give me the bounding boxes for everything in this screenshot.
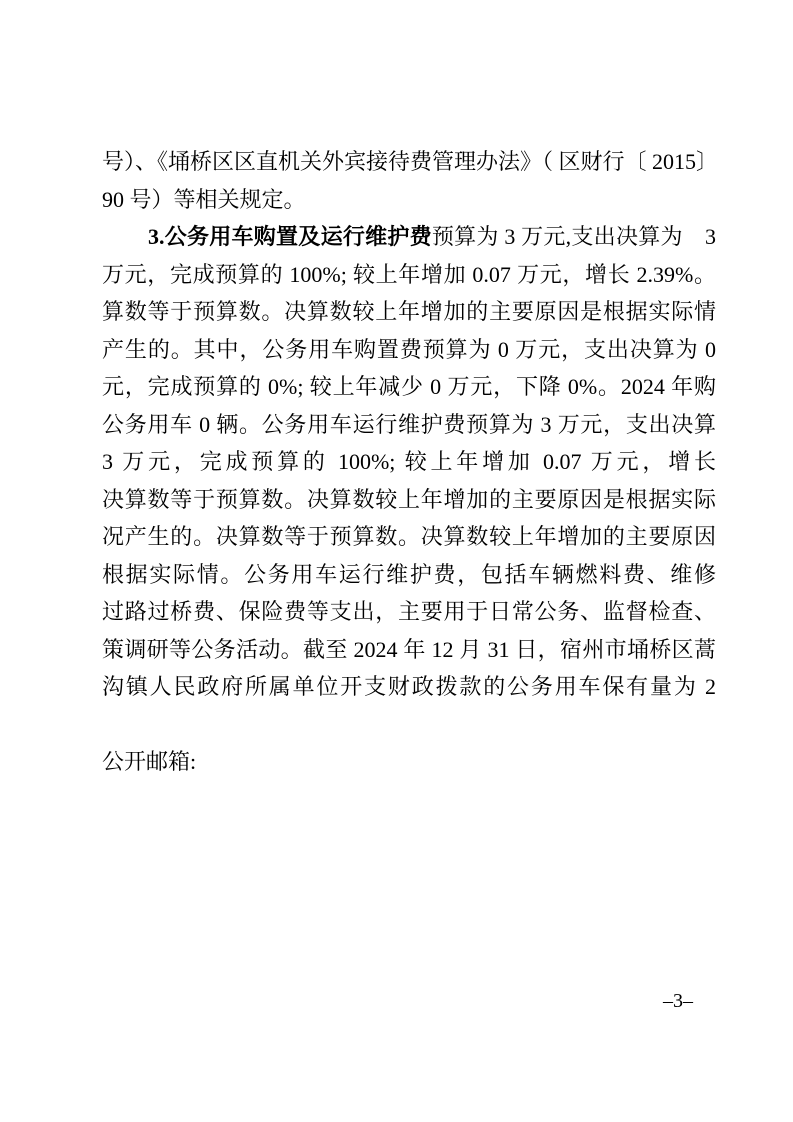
line-body-7: 元，完成预算的 0%; 较上年减少 0 万元，下降 0%。2024 年购置 (102, 368, 716, 406)
line-body-12: 根据实际情。公务用车运行维护费，包括车辆燃料费、维修费、 (102, 556, 716, 594)
line-body-9: 3 万元，完成预算的 100%; 较上年增加 0.07 万元，增长 2.39%。 (102, 443, 716, 481)
line-body-13: 过路过桥费、保险费等支出，主要用于日常公务、监督检查、政 (102, 593, 716, 631)
line-body-5: 算数等于预算数。决算数较上年增加的主要原因是根据实际情况 (102, 293, 716, 331)
text-segment: 号）、《埇桥区区直机关外宾接待费管理办法》（ 区财行〔 2015〕 (102, 149, 716, 174)
line-body-4: 万元，完成预算的 100%; 较上年增加 0.07 万元，增长 2.39%。决 (102, 256, 716, 294)
text-segment: 过路过桥费、保险费等支出，主要用于日常公务、监督检查、政 (102, 599, 716, 631)
document-body: 号）、《埇桥区区直机关外宾接待费管理办法》（ 区财行〔 2015〕90 号）等相… (102, 143, 716, 781)
text-segment: 决算数等于预算数。决算数较上年增加的主要原因是根据实际情 (102, 487, 716, 519)
line-public-email: 公开邮箱: (102, 743, 716, 781)
text-segment: 策调研等公务活动。截至 2024 年 12 月 31 日，宿州市埇桥区蒿 (102, 637, 716, 662)
text-segment: 万元，完成预算的 100%; 较上年增加 0.07 万元，增长 2.39%。决 (102, 262, 716, 294)
line-section3-heading: 3.公务用车购置及运行维护费预算为 3 万元,支出决算为 3 (102, 218, 716, 256)
text-segment: 沟镇人民政府所属单位开支财政拨款的公务用车保有量为 2 辆。 (102, 674, 716, 706)
document-page: 号）、《埇桥区区直机关外宾接待费管理办法》（ 区财行〔 2015〕90 号）等相… (0, 0, 793, 1122)
page-number: –3– (655, 989, 701, 1013)
line-regulation-ref-1: 号）、《埇桥区区直机关外宾接待费管理办法》（ 区财行〔 2015〕 (102, 143, 716, 181)
text-segment: 3 万元，完成预算的 100%; 较上年增加 0.07 万元，增长 2.39%。 (102, 449, 716, 481)
text-segment: 根据实际情。公务用车运行维护费，包括车辆燃料费、维修费、 (102, 562, 716, 594)
text-segment: 算数等于预算数。决算数较上年增加的主要原因是根据实际情况 (102, 299, 716, 331)
blank-line (102, 706, 716, 744)
line-body-11: 况产生的。决算数等于预算数。决算数较上年增加的主要原因是 (102, 518, 716, 556)
text-segment: 公开邮箱: (102, 749, 196, 774)
text-segment: 况产生的。决算数等于预算数。决算数较上年增加的主要原因是 (102, 524, 716, 556)
line-body-15: 沟镇人民政府所属单位开支财政拨款的公务用车保有量为 2 辆。 (102, 668, 716, 706)
text-segment: 产生的。其中，公务用车购置费预算为 0 万元，支出决算为 0 万 (102, 337, 716, 369)
line-body-10: 决算数等于预算数。决算数较上年增加的主要原因是根据实际情 (102, 481, 716, 519)
bold-text-segment: 3.公务用车购置及运行维护费 (148, 224, 432, 249)
line-body-8: 公务用车 0 辆。公务用车运行维护费预算为 3 万元，支出决算为 (102, 406, 716, 444)
line-regulation-ref-2: 90 号）等相关规定。 (102, 181, 716, 219)
text-segment: 元，完成预算的 0%; 较上年减少 0 万元，下降 0%。2024 年购置 (102, 374, 716, 406)
text-segment: 90 号）等相关规定。 (102, 187, 306, 212)
line-body-6: 产生的。其中，公务用车购置费预算为 0 万元，支出决算为 0 万 (102, 331, 716, 369)
text-segment: 预算为 3 万元,支出决算为 3 (432, 224, 716, 249)
line-body-14: 策调研等公务活动。截至 2024 年 12 月 31 日，宿州市埇桥区蒿 (102, 631, 716, 669)
text-segment: 公务用车 0 辆。公务用车运行维护费预算为 3 万元，支出决算为 (102, 412, 716, 444)
